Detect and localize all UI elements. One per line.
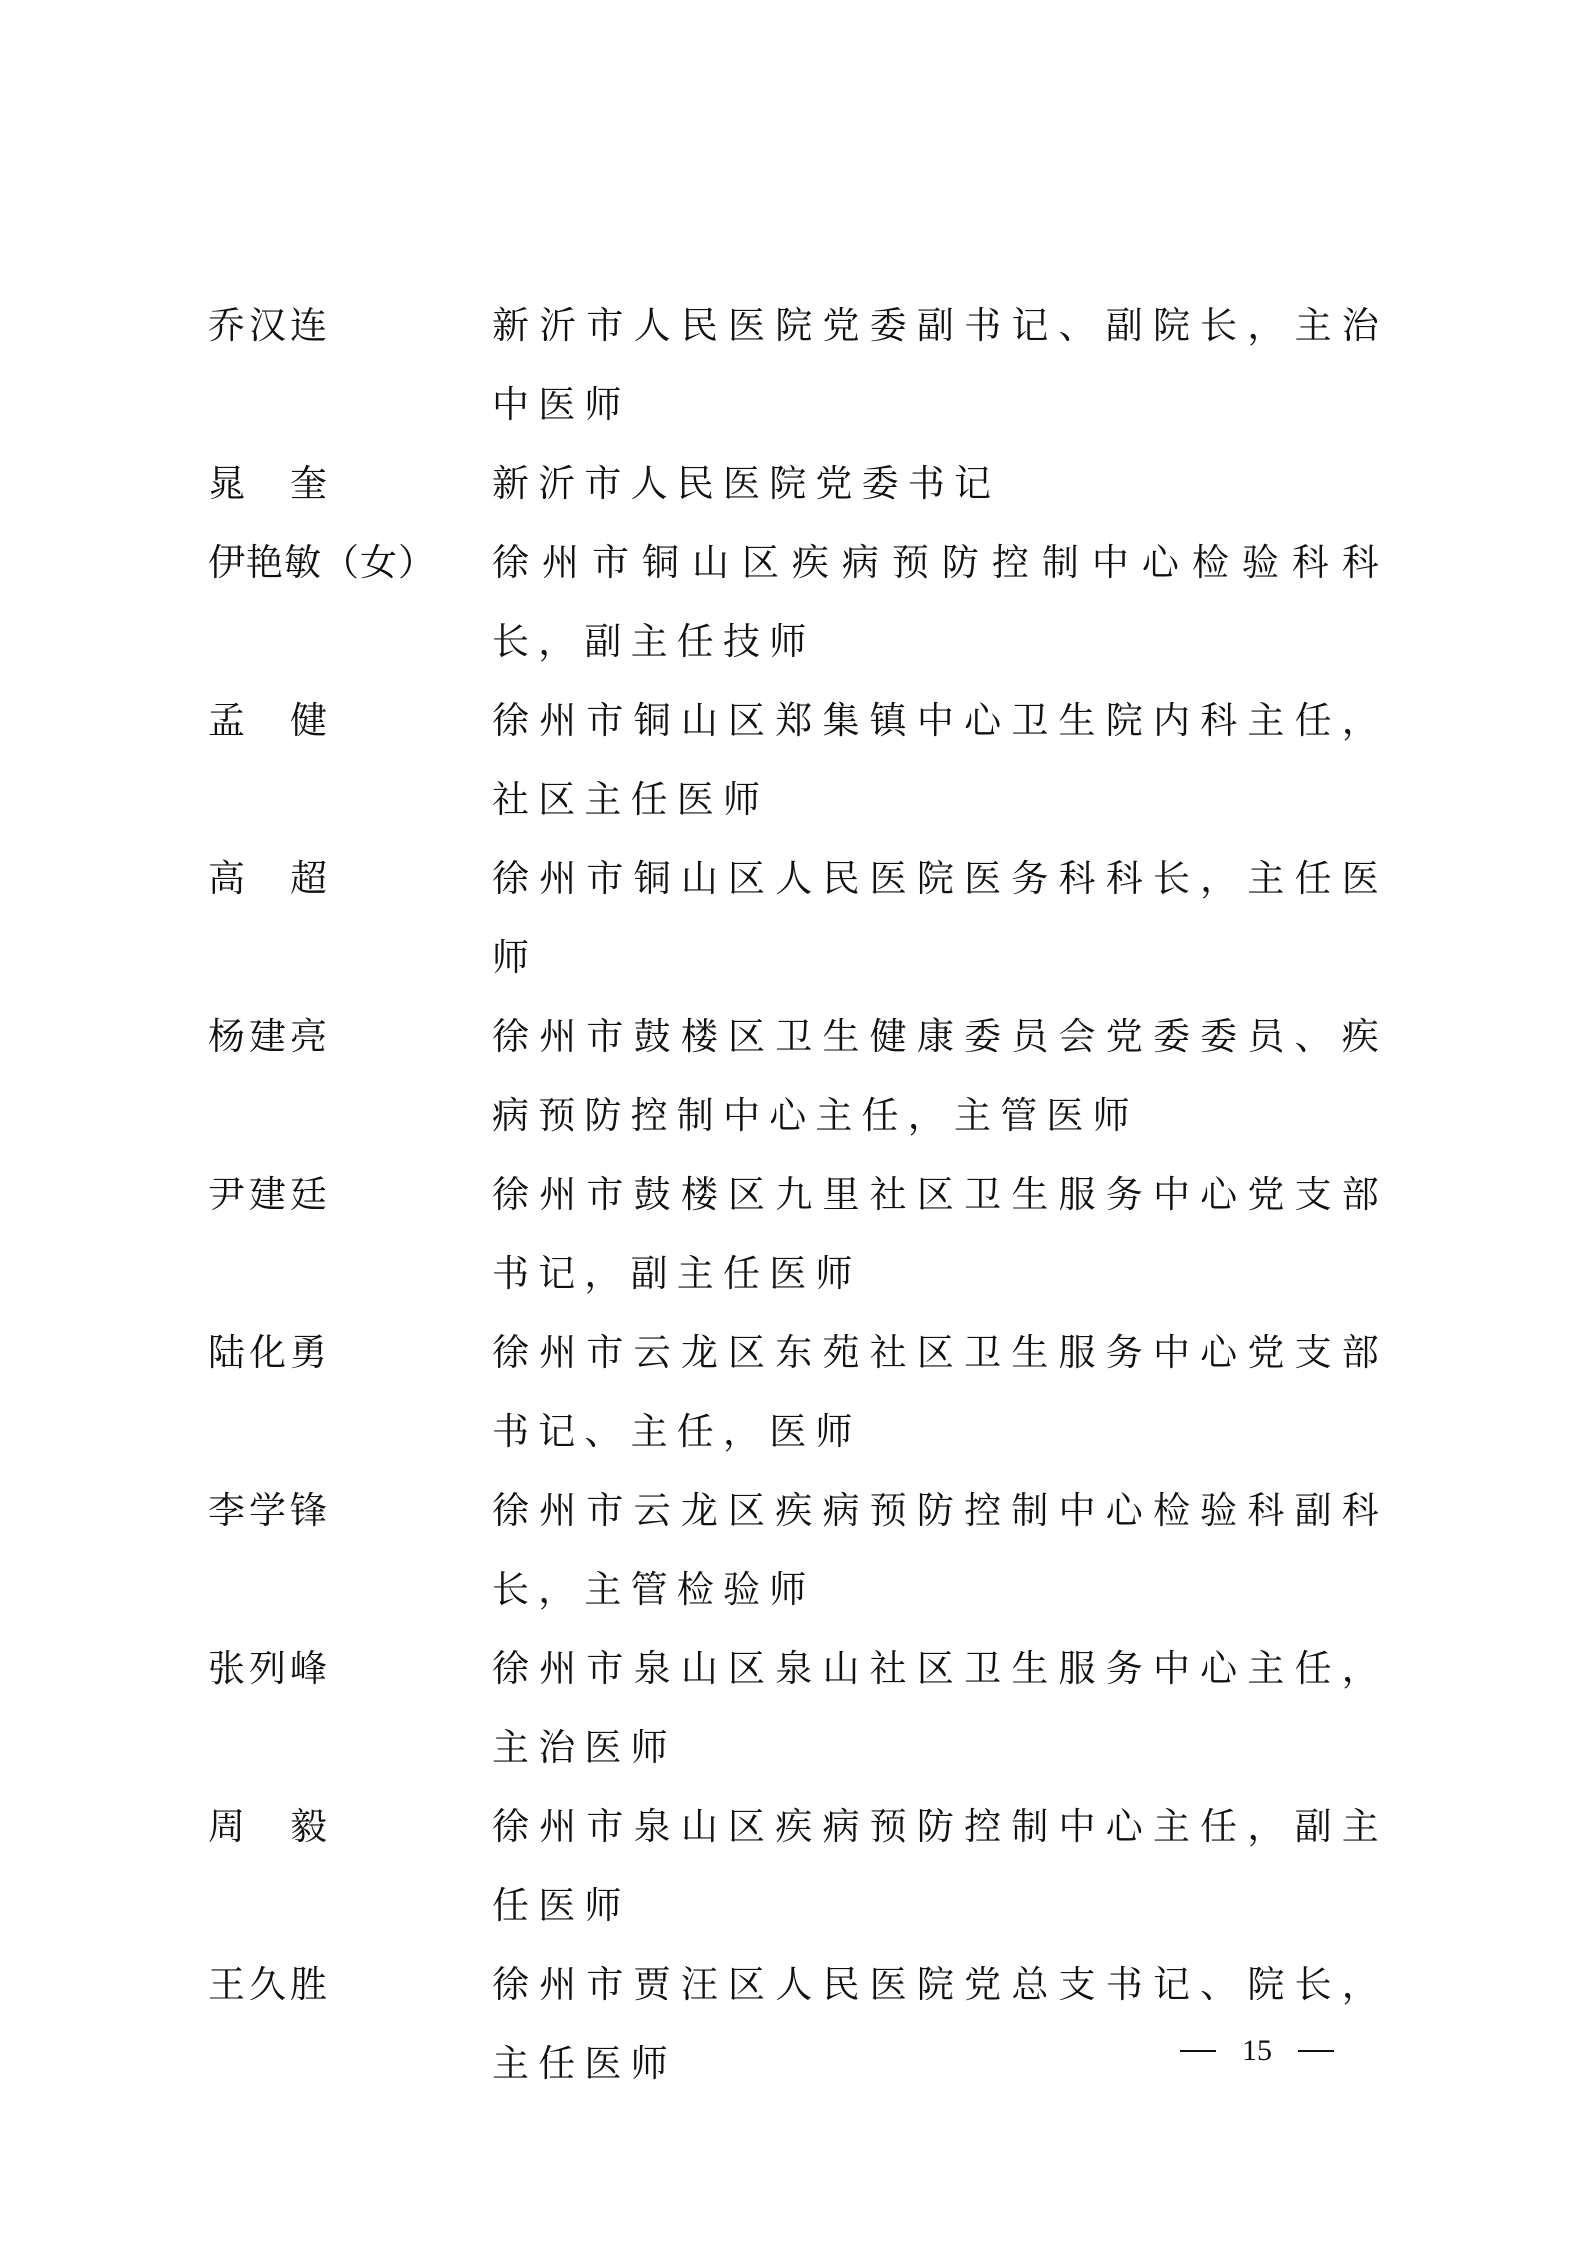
person-position: 徐州市铜山区郑集镇中心卫生院内科主任，社区主任医师 xyxy=(492,681,1388,839)
person-position: 徐州市鼓楼区九里社区卫生服务中心党支部书记，副主任医师 xyxy=(492,1155,1388,1313)
person-name: 王久胜 xyxy=(208,1945,492,2024)
person-position: 新沂市人民医院党委书记 xyxy=(492,444,1388,523)
person-name: 高 超 xyxy=(208,839,492,918)
list-item: 李学锋 徐州市云龙区疾病预防控制中心检验科副科长，主管检验师 xyxy=(208,1471,1388,1629)
person-position: 新沂市人民医院党委副书记、副院长，主治中医师 xyxy=(492,286,1388,444)
person-name: 晁 奎 xyxy=(208,444,492,523)
person-position: 徐州市铜山区疾病预防控制中心检验科科长，副主任技师 xyxy=(492,523,1388,681)
person-name: 尹建廷 xyxy=(208,1155,492,1234)
dash-right xyxy=(1298,2050,1334,2052)
list-item: 杨建亮 徐州市鼓楼区卫生健康委员会党委委员、疾病预防控制中心主任，主管医师 xyxy=(208,997,1388,1155)
person-position: 徐州市铜山区人民医院医务科科长，主任医师 xyxy=(492,839,1388,997)
person-position: 徐州市云龙区东苑社区卫生服务中心党支部书记、主任，医师 xyxy=(492,1313,1388,1471)
list-item: 乔汉连 新沂市人民医院党委副书记、副院长，主治中医师 xyxy=(208,286,1388,444)
person-position: 徐州市鼓楼区卫生健康委员会党委委员、疾病预防控制中心主任，主管医师 xyxy=(492,997,1388,1155)
document-page: 乔汉连 新沂市人民医院党委副书记、副院长，主治中医师 晁 奎 新沂市人民医院党委… xyxy=(0,0,1587,2245)
list-item: 孟 健 徐州市铜山区郑集镇中心卫生院内科主任，社区主任医师 xyxy=(208,681,1388,839)
list-item: 高 超 徐州市铜山区人民医院医务科科长，主任医师 xyxy=(208,839,1388,997)
list-item: 尹建廷 徐州市鼓楼区九里社区卫生服务中心党支部书记，副主任医师 xyxy=(208,1155,1388,1313)
person-name: 杨建亮 xyxy=(208,997,492,1076)
list-item: 晁 奎 新沂市人民医院党委书记 xyxy=(208,444,1388,523)
person-name: 孟 健 xyxy=(208,681,492,760)
page-number: 15 xyxy=(1242,2034,1272,2068)
person-position: 徐州市泉山区泉山社区卫生服务中心主任，主治医师 xyxy=(492,1629,1388,1787)
list-item: 伊艳敏（女） 徐州市铜山区疾病预防控制中心检验科科长，副主任技师 xyxy=(208,523,1388,681)
list-item: 张列峰 徐州市泉山区泉山社区卫生服务中心主任，主治医师 xyxy=(208,1629,1388,1787)
person-name: 乔汉连 xyxy=(208,286,492,365)
person-name: 张列峰 xyxy=(208,1629,492,1708)
dash-left xyxy=(1180,2050,1216,2052)
list-item: 王久胜 徐州市贾汪区人民医院党总支书记、院长，主任医师 xyxy=(208,1945,1388,2103)
person-position: 徐州市泉山区疾病预防控制中心主任，副主任医师 xyxy=(492,1787,1388,1945)
person-name: 陆化勇 xyxy=(208,1313,492,1392)
personnel-list: 乔汉连 新沂市人民医院党委副书记、副院长，主治中医师 晁 奎 新沂市人民医院党委… xyxy=(208,286,1388,2103)
page-footer: 15 xyxy=(1180,2034,1334,2068)
list-item: 周 毅 徐州市泉山区疾病预防控制中心主任，副主任医师 xyxy=(208,1787,1388,1945)
person-position: 徐州市贾汪区人民医院党总支书记、院长，主任医师 xyxy=(492,1945,1388,2103)
person-name: 周 毅 xyxy=(208,1787,492,1866)
list-item: 陆化勇 徐州市云龙区东苑社区卫生服务中心党支部书记、主任，医师 xyxy=(208,1313,1388,1471)
person-position: 徐州市云龙区疾病预防控制中心检验科副科长，主管检验师 xyxy=(492,1471,1388,1629)
person-name: 李学锋 xyxy=(208,1471,492,1550)
person-name: 伊艳敏（女） xyxy=(208,523,492,602)
